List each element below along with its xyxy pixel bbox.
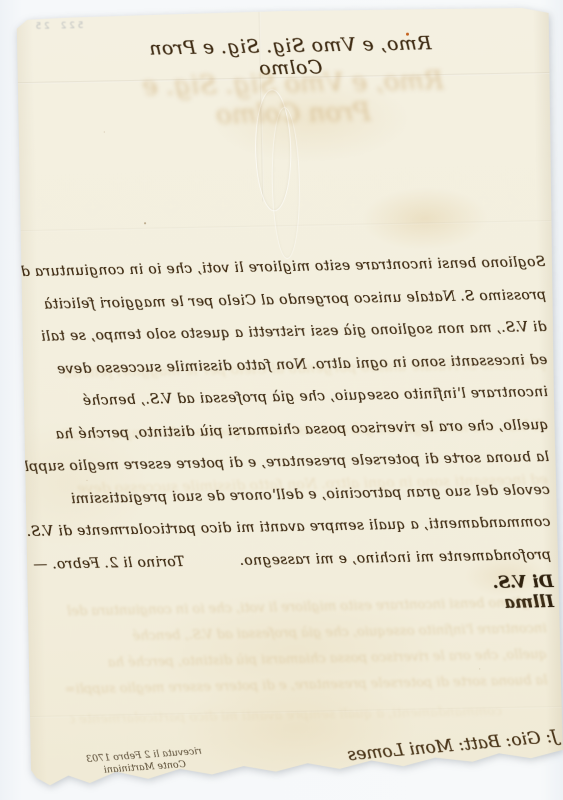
sender-signature: J: Gio: Batt: Moni Lomes (338, 726, 563, 766)
paper-sheet: 522 25 Rmo, e Vmo Sig. Sig. e Pron Colmo… (17, 6, 563, 795)
foxing-specks (406, 33, 409, 36)
bleed-through-faint: commandamenti, a quali sempre avanti mi … (70, 697, 502, 735)
bleed-through-flourish: Rmo, e Vmo Sig. Sig. e Pron Colmo (128, 66, 459, 132)
bleed-through-block: Sogliono bensi incontrare esito migliore… (40, 590, 548, 704)
letter-closing-phrase: profondamente mi inchino, e mi rassegno. (239, 539, 551, 577)
letter-body: Sogliono bensi incontrare esito migliore… (27, 246, 551, 581)
manuscript-scan: 522 25 Rmo, e Vmo Sig. Sig. e Pron Colmo… (0, 0, 563, 800)
paper-surface: 522 25 Rmo, e Vmo Sig. Sig. e Pron Colmo… (17, 6, 563, 795)
letter-dateline: Torino li 2. Febro. — (33, 546, 185, 581)
docket-note: ricevuta li 2 Febro 1703 Conte Martinian… (56, 744, 232, 780)
archive-stamp: 522 25 (33, 21, 84, 32)
paper-wrinkle-2 (270, 107, 301, 260)
